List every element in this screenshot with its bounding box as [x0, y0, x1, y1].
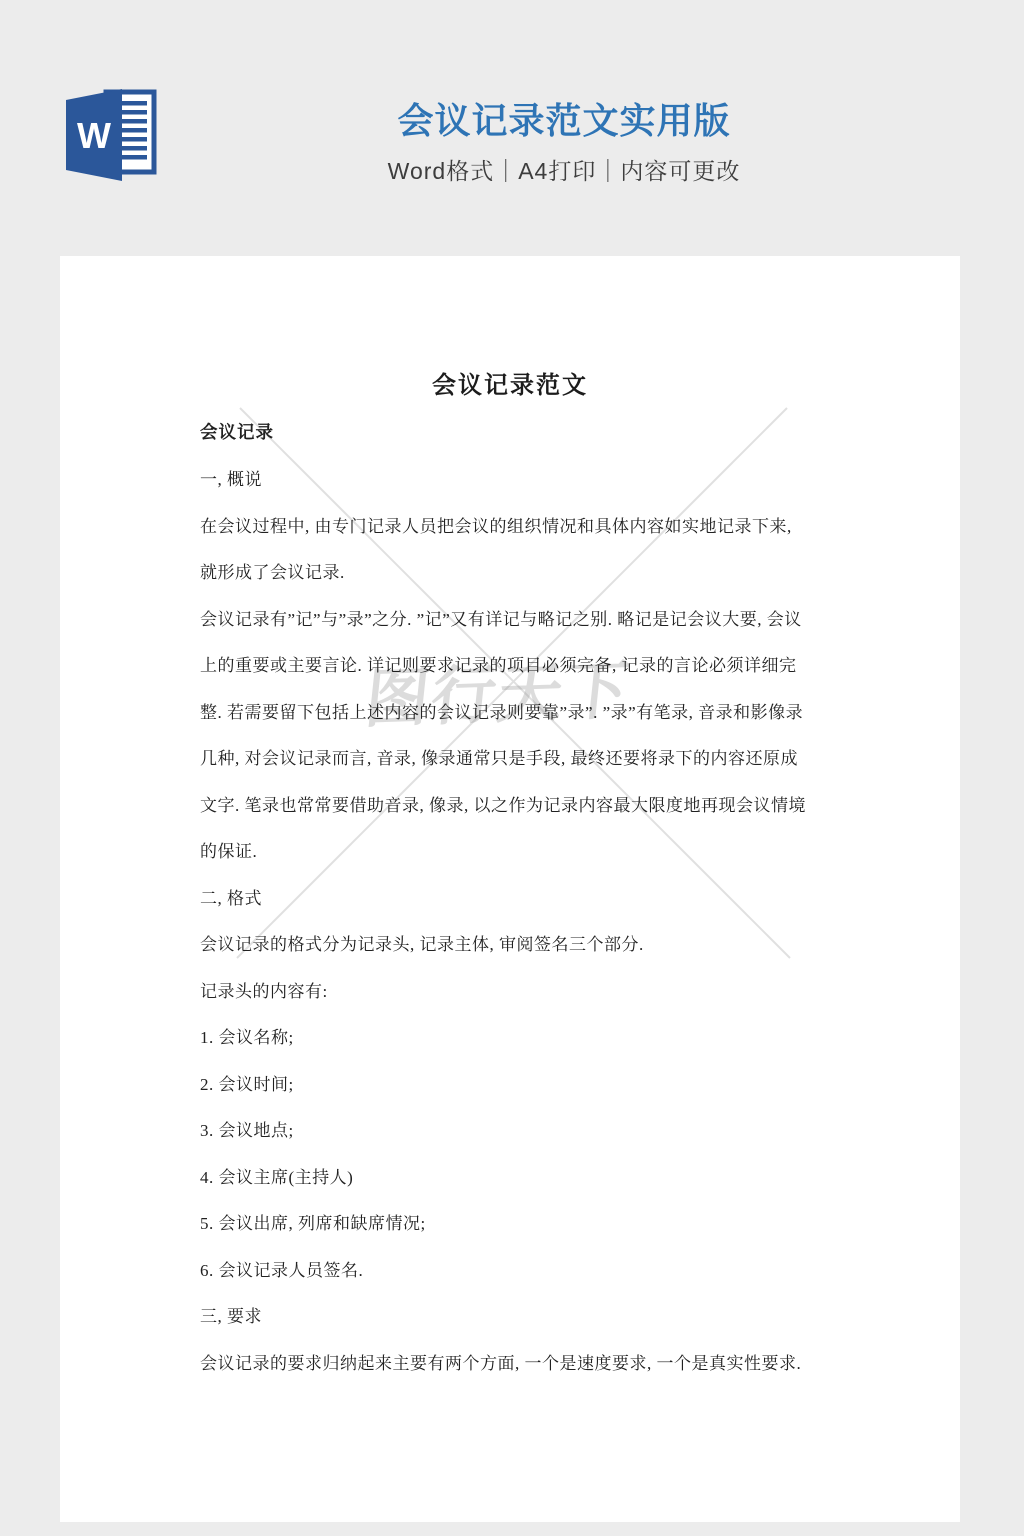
text-line: 几种, 对会议记录而言, 音录, 像录通常只是手段, 最终还要将录下的内容还原成 [200, 734, 940, 781]
header: W 会议记录范文实用版 Word格式｜A4打印｜内容可更改 [0, 0, 1024, 256]
document-title: 会议记录范文 [60, 359, 960, 405]
text-line: 6. 会议记录人员签名. [200, 1245, 940, 1292]
text-line: 记录头的内容有: [200, 966, 940, 1013]
text-line: 二, 格式 [200, 873, 940, 920]
page-title: 会议记录范文实用版 [104, 100, 1024, 142]
text-line: 1. 会议名称; [200, 1013, 940, 1060]
text-line: 会议记录的格式分为记录头, 记录主体, 审阅签名三个部分. [200, 920, 940, 967]
text-line: 会议记录有”记”与”录”之分. ”记”又有详记与略记之别. 略记是记会议大要, … [200, 594, 940, 641]
header-text-block: 会议记录范文实用版 Word格式｜A4打印｜内容可更改 [104, 0, 1024, 186]
text-line: 就形成了会议记录. [200, 548, 940, 595]
text-line: 整. 若需要留下包括上述内容的会议记录则要靠”录”. ”录”有笔录, 音录和影像… [200, 687, 940, 734]
text-line: 5. 会议出席, 列席和缺席情况; [200, 1199, 940, 1246]
text-line: 三, 要求 [200, 1292, 940, 1339]
text-line: 4. 会议主席(主持人) [200, 1152, 940, 1199]
text-line: 上的重要或主要言论. 详记则要求记录的项目必须完备, 记录的言论必须详细完 [200, 641, 940, 688]
template-preview: { "header": { "icon_letter": "W", "title… [0, 0, 1024, 1536]
document-page: 图行天下 会议记录范文 会议记录一, 概说在会议过程中, 由专门记录人员把会议的… [60, 256, 960, 1522]
text-line: 文字. 笔录也常常要借助音录, 像录, 以之作为记录内容最大限度地再现会议情境 [200, 780, 940, 827]
page-subtitle: Word格式｜A4打印｜内容可更改 [104, 156, 1024, 186]
text-line: 会议记录 [200, 408, 940, 455]
text-line: 一, 概说 [200, 455, 940, 502]
text-line: 3. 会议地点; [200, 1106, 940, 1153]
text-line: 2. 会议时间; [200, 1059, 940, 1106]
text-line: 的保证. [200, 827, 940, 874]
document-body: 会议记录一, 概说在会议过程中, 由专门记录人员把会议的组织情况和具体内容如实地… [200, 408, 940, 1385]
text-line: 在会议过程中, 由专门记录人员把会议的组织情况和具体内容如实地记录下来, [200, 501, 940, 548]
text-line: 会议记录的要求归纳起来主要有两个方面, 一个是速度要求, 一个是真实性要求. [200, 1338, 940, 1385]
